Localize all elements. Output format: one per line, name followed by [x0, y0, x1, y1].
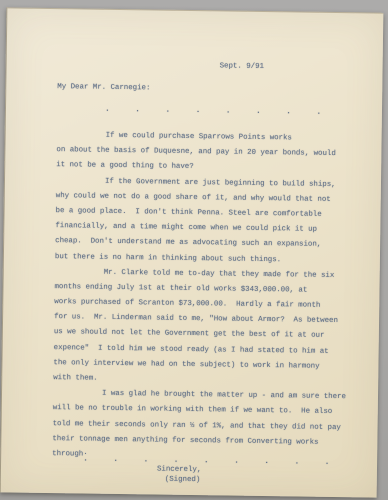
letter-content: Sept. 9/91 My Dear Mr. Carnegie: . . . .…	[1, 8, 384, 497]
letter-signed: (Signed)	[165, 475, 377, 487]
photo-background: Sept. 9/91 My Dear Mr. Carnegie: . . . .…	[0, 0, 388, 500]
letter-salutation: My Dear Mr. Carnegie:	[57, 82, 382, 97]
separator-dots-top: . . . . . . . .	[105, 106, 382, 118]
letter-body: If we could purchase Sparrows Points wor…	[52, 128, 382, 467]
letter-page: Sept. 9/91 My Dear Mr. Carnegie: . . . .…	[0, 7, 383, 497]
signature-block: Sincerely, (Signed)	[157, 466, 377, 488]
letter-date: Sept. 9/91	[220, 61, 383, 73]
